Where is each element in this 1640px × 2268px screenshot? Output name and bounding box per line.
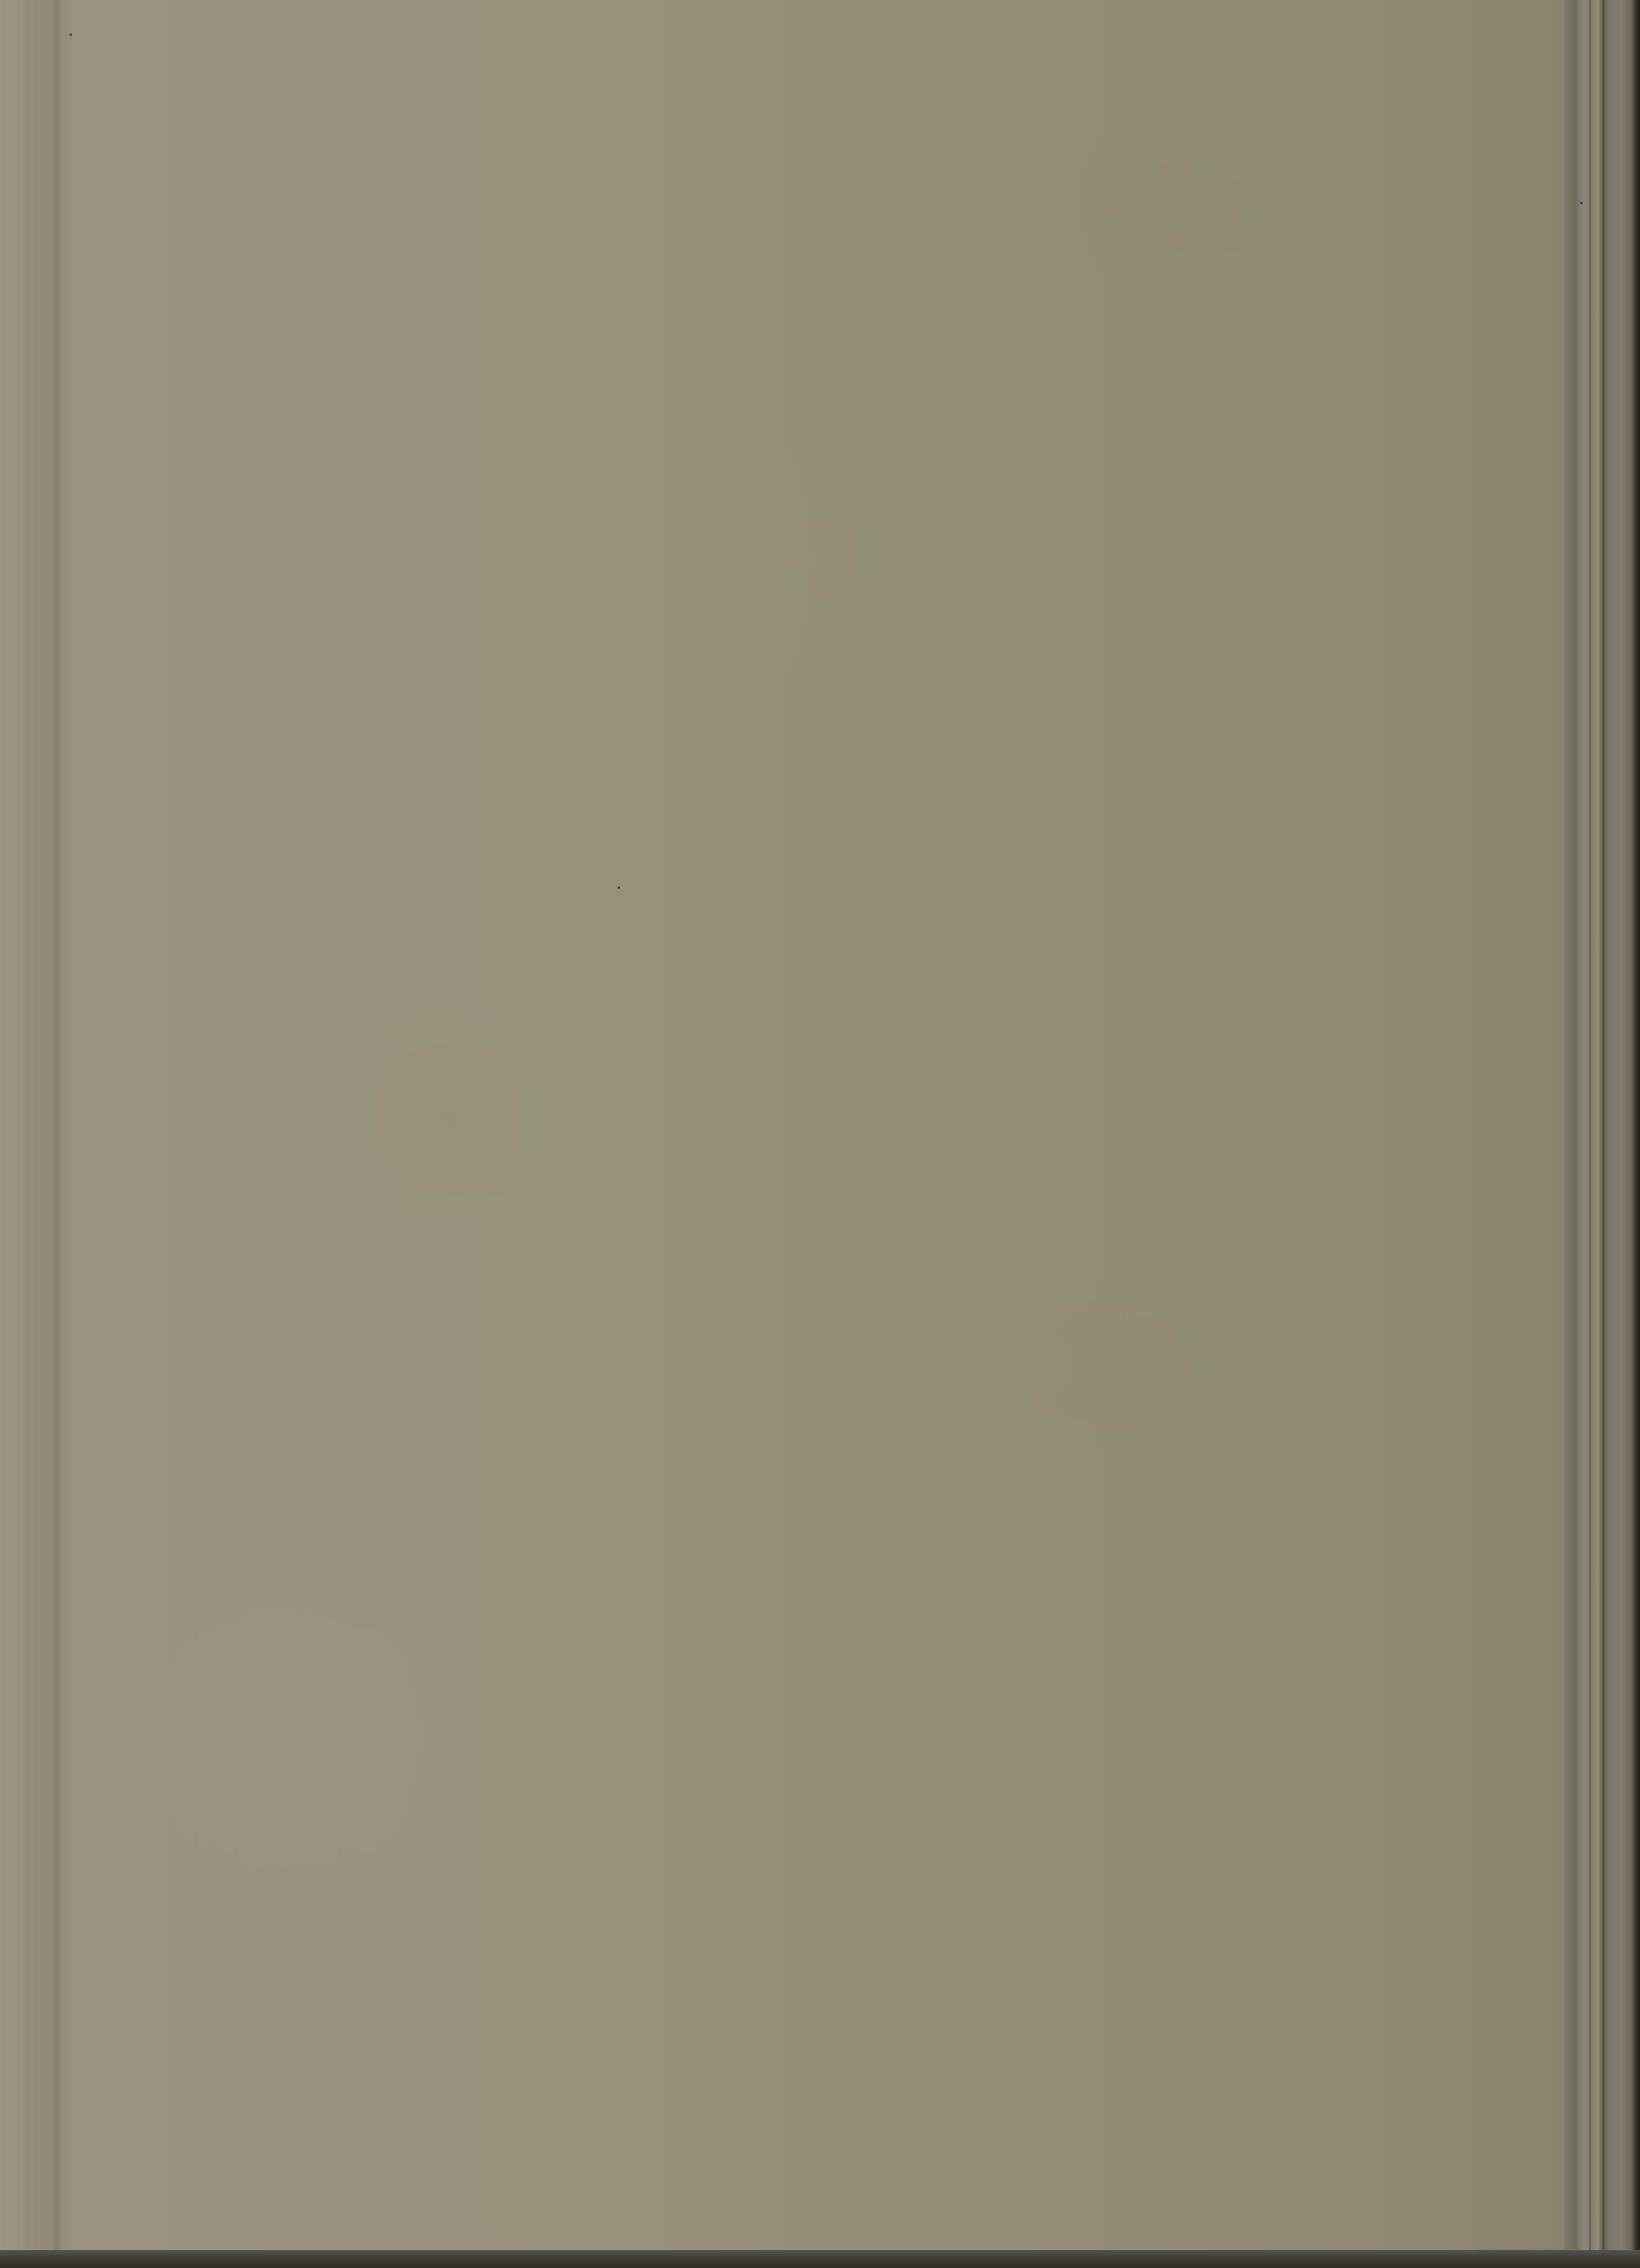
paper-speck bbox=[618, 886, 620, 889]
page-bottom-edge bbox=[0, 2250, 1640, 2268]
paper-speck bbox=[70, 34, 72, 36]
cover-hinge-line bbox=[51, 0, 62, 2250]
paper-speck bbox=[1580, 202, 1583, 204]
book-spine-edge bbox=[1564, 0, 1640, 2250]
spine-crease bbox=[1589, 0, 1591, 2250]
book-cover-board bbox=[0, 0, 1589, 2250]
scanned-page bbox=[0, 0, 1640, 2268]
spine-crease bbox=[1603, 0, 1605, 2250]
